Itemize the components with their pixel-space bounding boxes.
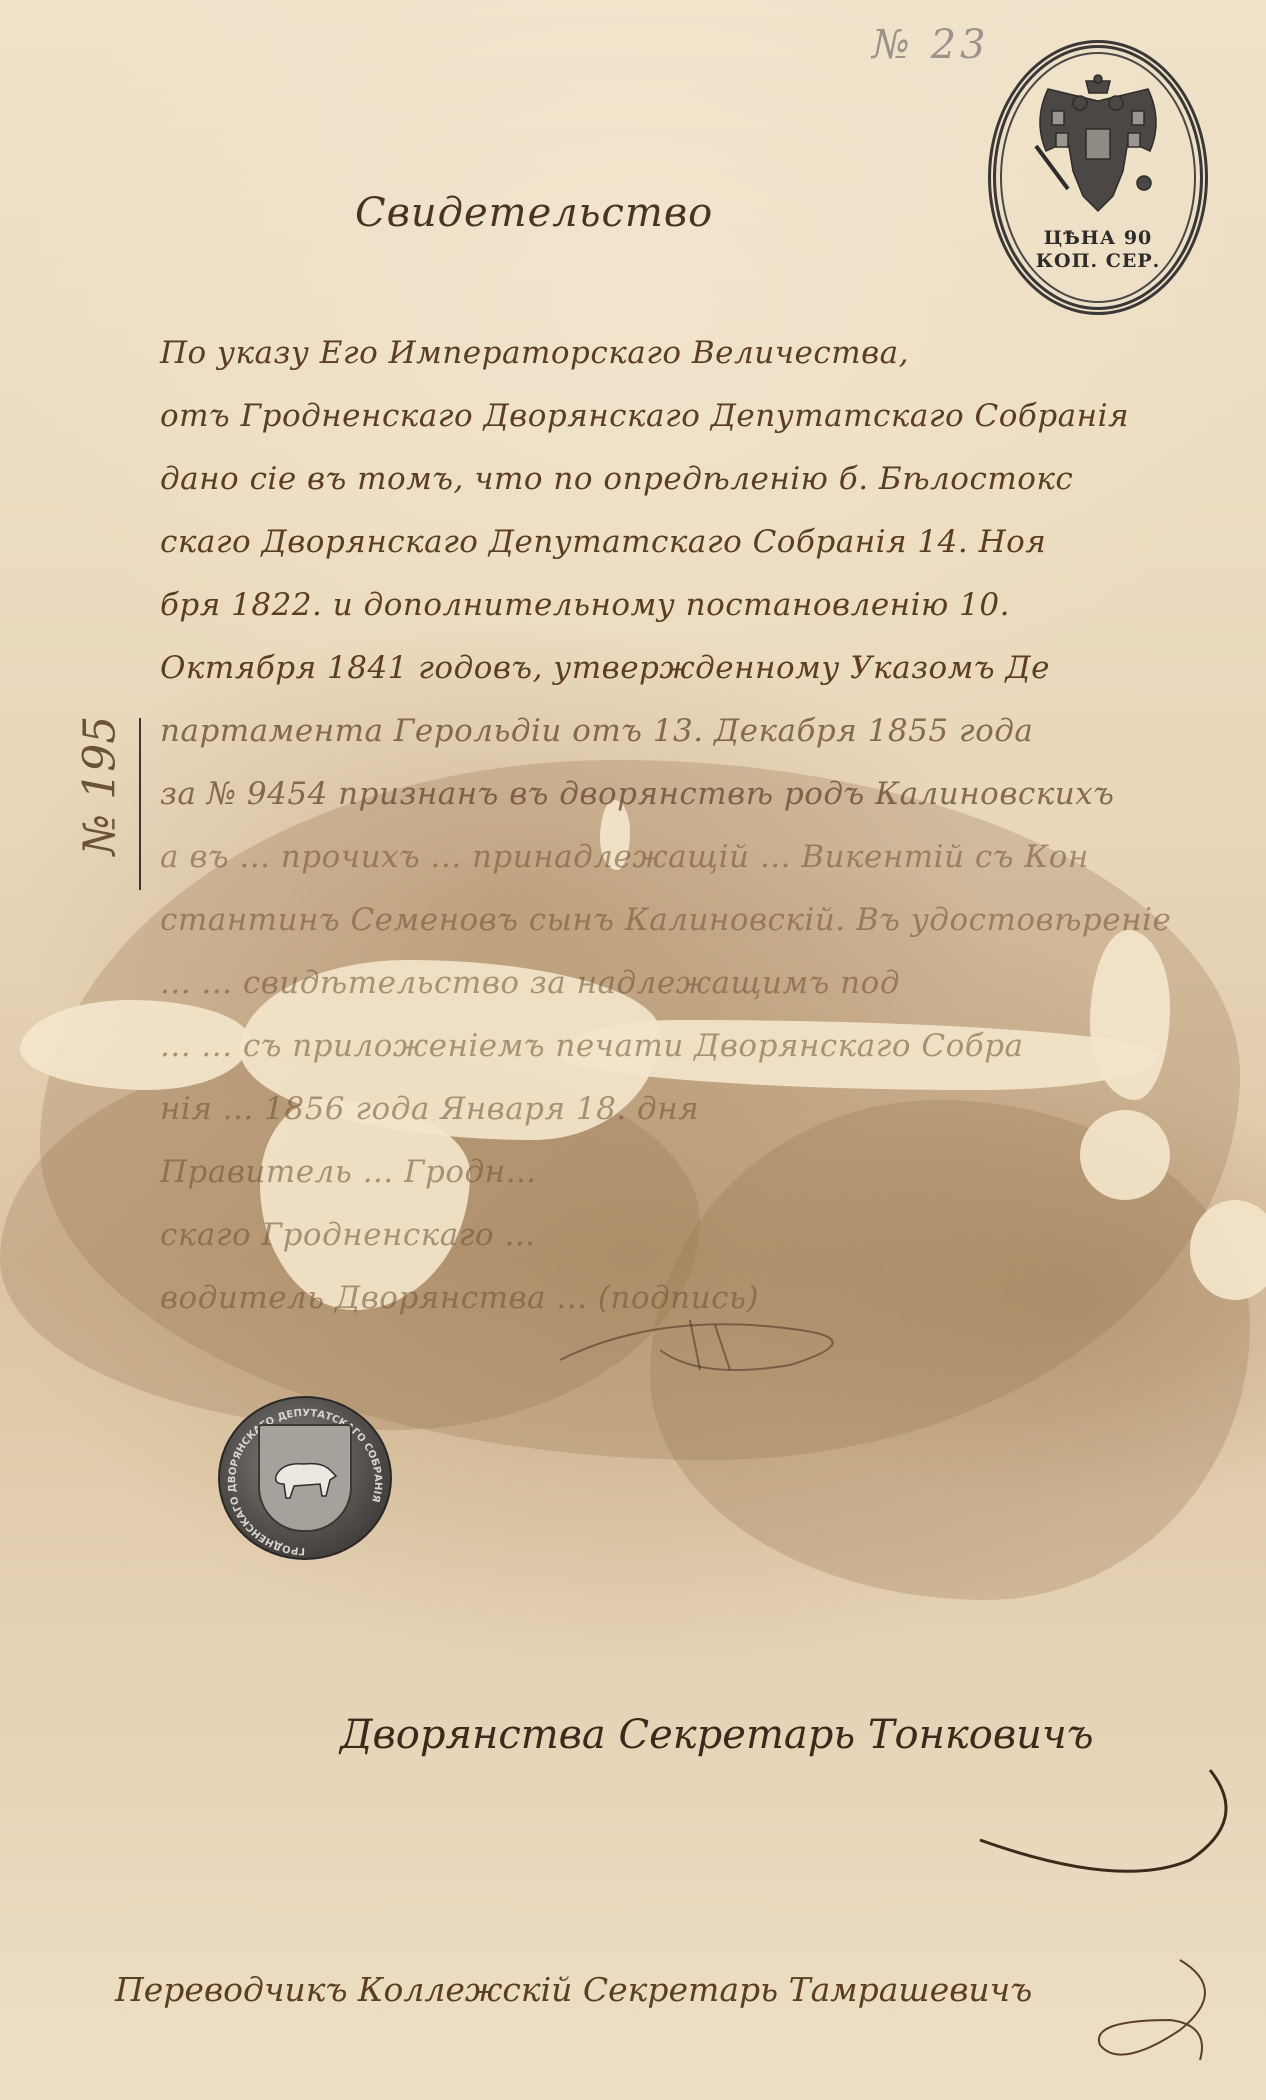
body-line: бря 1822. и дополнительному постановлені… [160, 574, 1260, 637]
margin-underline [139, 718, 141, 890]
seal-shield [258, 1424, 352, 1532]
body-line: ... ... съ приложеніемъ печати Дворянска… [160, 1015, 1260, 1078]
margin-registration-number: № 195 [75, 706, 126, 866]
revenue-stamp: ЦѢНА 90 КОП. СЕР. [988, 40, 1208, 315]
body-line: скаго Дворянскаго Депутатскаго Собранія … [160, 511, 1260, 574]
translator-signature: Переводчикъ Коллежскій Секретарь Тамраше… [115, 1970, 1032, 2009]
body-line: скаго Гродненскаго ... [160, 1204, 1260, 1267]
body-line: ... ... свидѣтельство за надлежащимъ под [160, 952, 1260, 1015]
secretary-signature: Дворянства Секретарь Тонковичъ [340, 1712, 1093, 1758]
body-line: партамента Герольдіи отъ 13. Декабря 185… [160, 700, 1260, 763]
double-headed-eagle-icon [1028, 71, 1168, 221]
document-title: Свидетельство [355, 190, 713, 236]
body-line: По указу Его Императорскаго Величества, [160, 322, 1260, 385]
bison-icon [270, 1456, 340, 1500]
body-line: за № 9454 признанъ въ дворянствѣ родъ Ка… [160, 763, 1260, 826]
document-page: № 23 ЦѢНА 90 КОП. СЕР. Свидетельство По … [0, 0, 1266, 2100]
archive-number: № 23 [872, 22, 989, 68]
body-line: стантинъ Семеновъ сынъ Калиновскій. Въ у… [160, 889, 1260, 952]
signature-flourish [960, 1760, 1240, 1880]
body-line: Октября 1841 годовъ, утвержденному Указо… [160, 637, 1260, 700]
body-line: а въ ... прочихъ ... принадлежащій ... В… [160, 826, 1260, 889]
document-body: По указу Его Императорскаго Величества, … [160, 322, 1260, 1330]
body-line: дано сіе въ томъ, что по опредѣленію б. … [160, 448, 1260, 511]
assembly-seal: ГРОДНЕНСКАГО ДВОРЯНСКАГО ДЕПУТАТСКАГО СО… [218, 1396, 392, 1560]
stamp-price-value: ЦѢНА 90 [1044, 227, 1153, 250]
marshal-signature-scrawl [540, 1290, 920, 1380]
stamp-price-unit: КОП. СЕР. [1036, 250, 1161, 273]
body-line: нія ... 1856 года Января 18. дня [160, 1078, 1260, 1141]
body-line: отъ Гродненскаго Дворянскаго Депутатскаг… [160, 385, 1260, 448]
body-line: Правитель ... Гродн... [160, 1141, 1260, 1204]
signature-flourish [1060, 1950, 1230, 2070]
